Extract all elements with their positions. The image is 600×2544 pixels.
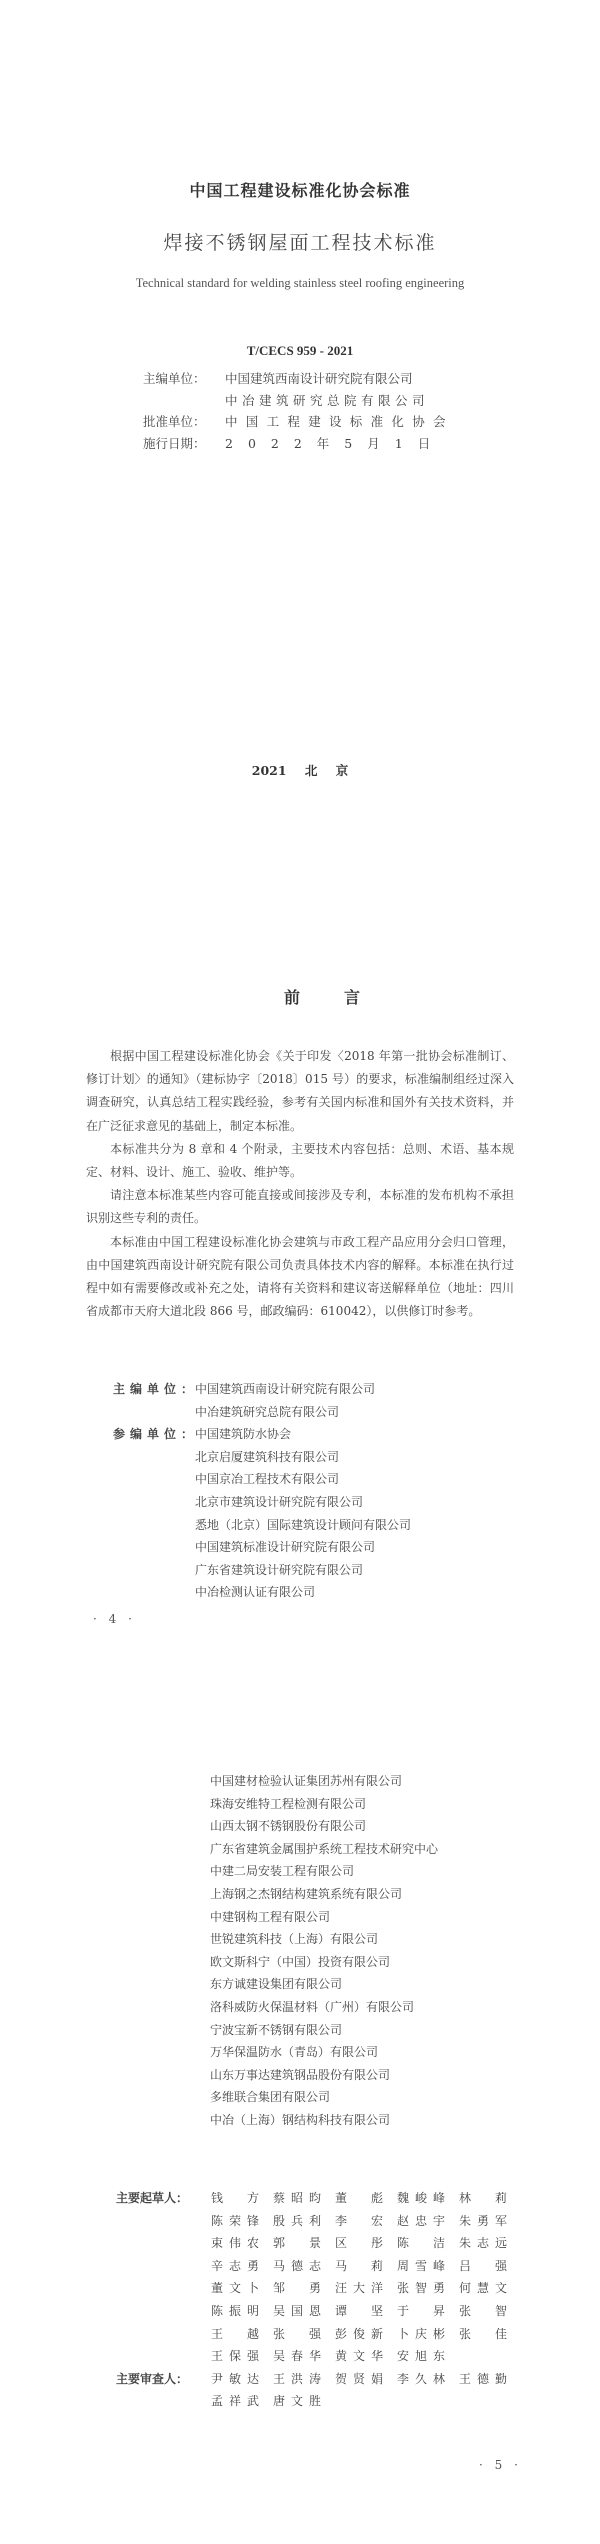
drafter-name: 吴国恩 [273,2300,321,2323]
drafter-name: 吕强 [459,2255,507,2278]
drafter-name: 于昇 [397,2300,445,2323]
chief-unit-2: 中冶建筑研究总院有限公司 [225,390,429,412]
reviewer-name: 王德勤 [459,2368,507,2391]
participant-unit-item: 山西太钢不锈钢股份有限公司 [210,1815,438,1838]
approval-unit-label: 批准单位： [143,411,225,433]
chief-unit-1: 中国建筑西南设计研究院有限公司 [225,368,413,390]
participant-units-continued: 中国建材检验认证集团苏州有限公司 珠海安维特工程检测有限公司 山西太钢不锈钢股份… [210,1770,438,2132]
drafter-name: 吴春华 [273,2345,321,2368]
drafter-name: 王保强 [211,2345,259,2368]
page-number-5: · 5 · [479,2458,522,2472]
drafter-name: 魏峻峰 [397,2187,445,2210]
chief-unit-row-2: 中冶建筑研究总院有限公司 [143,390,454,412]
chief-unit-row: 主编单位： 中国建筑西南设计研究院有限公司 [143,368,454,390]
approval-unit-row: 批准单位： 中国工程建设标准化协会 [143,411,454,433]
participant-unit-item: 广东省建筑设计研究院有限公司 [195,1559,411,1582]
participant-unit-item: 欧文斯科宁（中国）投资有限公司 [210,1951,438,1974]
drafter-name: 汪大洋 [335,2277,383,2300]
preface-body: 根据中国工程建设标准化协会《关于印发〈2018 年第一批协会标准制订、修订计划〉… [86,1045,514,1323]
reviewers-grid: 尹敏达 王洪涛 贺贤娟 李久林 王德勤 孟祥武 唐文胜 [211,2368,521,2413]
drafter-name: 董彪 [335,2187,383,2210]
units-list: 主编单位： 中国建筑西南设计研究院有限公司 中冶建筑研究总院有限公司 参编单位：… [86,1378,411,1604]
participant-unit-item: 中建二局安装工程有限公司 [210,1860,438,1883]
drafter-name: 李宏 [335,2210,383,2233]
standard-code: T/CECS 959 - 2021 [0,343,600,359]
participant-unit-item: 万华保温防水（青岛）有限公司 [210,2041,438,2064]
drafter-name: 卜庆彬 [397,2323,445,2346]
drafter-name: 何慧文 [459,2277,507,2300]
participant-unit-item: 多维联合集团有限公司 [210,2086,438,2109]
participant-unit-item: 悉地（北京）国际建筑设计顾问有限公司 [195,1514,411,1537]
reviewer-name: 孟祥武 [211,2390,259,2413]
reviewers-section: 主要审查人： 尹敏达 王洪涛 贺贤娟 李久林 王德勤 孟祥武 唐文胜 [116,2368,521,2413]
drafter-name: 邹勇 [273,2277,321,2300]
chief-units-label: 主编单位： [86,1378,195,1423]
drafter-name: 安旭东 [397,2345,445,2368]
reviewer-name: 唐文胜 [273,2390,321,2413]
participant-unit-item: 洛科威防火保温材料（广州）有限公司 [210,1996,438,2019]
chief-units-section: 主编单位： 中国建筑西南设计研究院有限公司 中冶建筑研究总院有限公司 [86,1378,411,1423]
drafter-name: 董文卜 [211,2277,259,2300]
participant-unit-item: 宁波宝新不锈钢有限公司 [210,2019,438,2042]
participant-unit-item: 中冶检测认证有限公司 [195,1581,411,1604]
effective-date: 2022年5月1日 [225,433,445,455]
reviewer-name: 贺贤娟 [335,2368,383,2391]
issuing-organization-title: 中国工程建设标准化协会标准 [0,178,600,201]
chief-unit-item: 中冶建筑研究总院有限公司 [195,1401,375,1424]
drafter-name: 周雪峰 [397,2255,445,2278]
drafter-name: 彭俊新 [335,2323,383,2346]
drafter-name: 辛志勇 [211,2255,259,2278]
drafter-name: 钱方 [211,2187,259,2210]
drafter-name: 张佳 [459,2323,507,2346]
drafter-name: 殷兵利 [273,2210,321,2233]
drafter-name: 马莉 [335,2255,383,2278]
participant-unit-item: 北京市建筑设计研究院有限公司 [195,1491,411,1514]
participant-unit-item: 中国建筑防水协会 [195,1423,411,1446]
drafter-name: 张智 [459,2300,507,2323]
approval-unit: 中国工程建设标准化协会 [225,411,454,433]
participant-unit-item: 广东省建筑金属围护系统工程技术研究中心 [210,1838,438,1861]
preface-heading: 前言 [0,985,600,1008]
drafter-name: 王越 [211,2323,259,2346]
reviewer-name: 李久林 [397,2368,445,2391]
standard-title-en: Technical standard for welding stainless… [0,276,600,291]
people-list: 主要起草人： 钱方 蔡昭昀 董彪 魏峻峰 林莉 陈荣锋 殷兵利 李宏 赵忠宇 朱… [116,2187,521,2413]
drafter-name: 陈洁 [397,2232,445,2255]
participant-unit-item: 东方诚建设集团有限公司 [210,1973,438,1996]
drafters-label: 主要起草人： [116,2187,211,2368]
participant-unit-item: 中建钢构工程有限公司 [210,1906,438,1929]
reviewers-label: 主要审查人： [116,2368,211,2413]
participant-unit-item: 中国建材检验认证集团苏州有限公司 [210,1770,438,1793]
participant-unit-item: 上海钢之杰钢结构建筑系统有限公司 [210,1883,438,1906]
participant-units-label: 参编单位： [86,1423,195,1604]
drafter-name: 林莉 [459,2187,507,2210]
drafter-name: 赵忠宇 [397,2210,445,2233]
participant-unit-item: 珠海安维特工程检测有限公司 [210,1793,438,1816]
chief-unit-item: 中国建筑西南设计研究院有限公司 [195,1378,375,1401]
preface-paragraph-4: 本标准由中国工程建设标准化协会建筑与市政工程产品应用分会归口管理，由中国建筑西南… [86,1231,514,1324]
drafter-name: 张强 [273,2323,321,2346]
participant-unit-item: 中国京冶工程技术有限公司 [195,1468,411,1491]
preface-paragraph-3: 请注意本标准某些内容可能直接或间接涉及专利，本标准的发布机构不承担识别这些专利的… [86,1184,514,1230]
drafter-name: 朱勇军 [459,2210,507,2233]
drafters-section: 主要起草人： 钱方 蔡昭昀 董彪 魏峻峰 林莉 陈荣锋 殷兵利 李宏 赵忠宇 朱… [116,2187,521,2368]
drafter-name: 区彤 [335,2232,383,2255]
participant-unit-item: 中冶（上海）钢结构科技有限公司 [210,2109,438,2132]
preface-paragraph-2: 本标准共分为 8 章和 4 个附录，主要技术内容包括：总则、术语、基本规定、材料… [86,1138,514,1184]
drafter-name: 陈荣锋 [211,2210,259,2233]
effective-date-row: 施行日期： 2022年5月1日 [143,433,454,455]
chief-unit-label: 主编单位： [143,368,225,390]
page-number-4: · 4 · [93,1612,136,1626]
participant-unit-item: 山东万事达建筑钢品股份有限公司 [210,2064,438,2087]
drafter-name: 张智勇 [397,2277,445,2300]
drafter-name: 陈振明 [211,2300,259,2323]
drafters-grid: 钱方 蔡昭昀 董彪 魏峻峰 林莉 陈荣锋 殷兵利 李宏 赵忠宇 朱勇军 束伟农 … [211,2187,521,2368]
participant-unit-item: 北京启厦建筑科技有限公司 [195,1446,411,1469]
participant-unit-item: 中国建筑标准设计研究院有限公司 [195,1536,411,1559]
drafter-name: 马德志 [273,2255,321,2278]
publication-year-place: 2021 北 京 [0,761,600,779]
drafter-name: 束伟农 [211,2232,259,2255]
drafter-name: 郭景 [273,2232,321,2255]
participant-units-section: 参编单位： 中国建筑防水协会 北京启厦建筑科技有限公司 中国京冶工程技术有限公司… [86,1423,411,1604]
standard-title-cn: 焊接不锈钢屋面工程技术标准 [0,228,600,255]
drafter-name: 朱志远 [459,2232,507,2255]
drafter-name: 谭坚 [335,2300,383,2323]
reviewer-name: 王洪涛 [273,2368,321,2391]
effective-date-label: 施行日期： [143,433,225,455]
cover-info-block: 主编单位： 中国建筑西南设计研究院有限公司 中冶建筑研究总院有限公司 批准单位：… [143,368,454,454]
reviewer-name: 尹敏达 [211,2368,259,2391]
preface-paragraph-1: 根据中国工程建设标准化协会《关于印发〈2018 年第一批协会标准制订、修订计划〉… [86,1045,514,1138]
participant-unit-item: 世锐建筑科技（上海）有限公司 [210,1928,438,1951]
drafter-name: 黄文华 [335,2345,383,2368]
drafter-name: 蔡昭昀 [273,2187,321,2210]
